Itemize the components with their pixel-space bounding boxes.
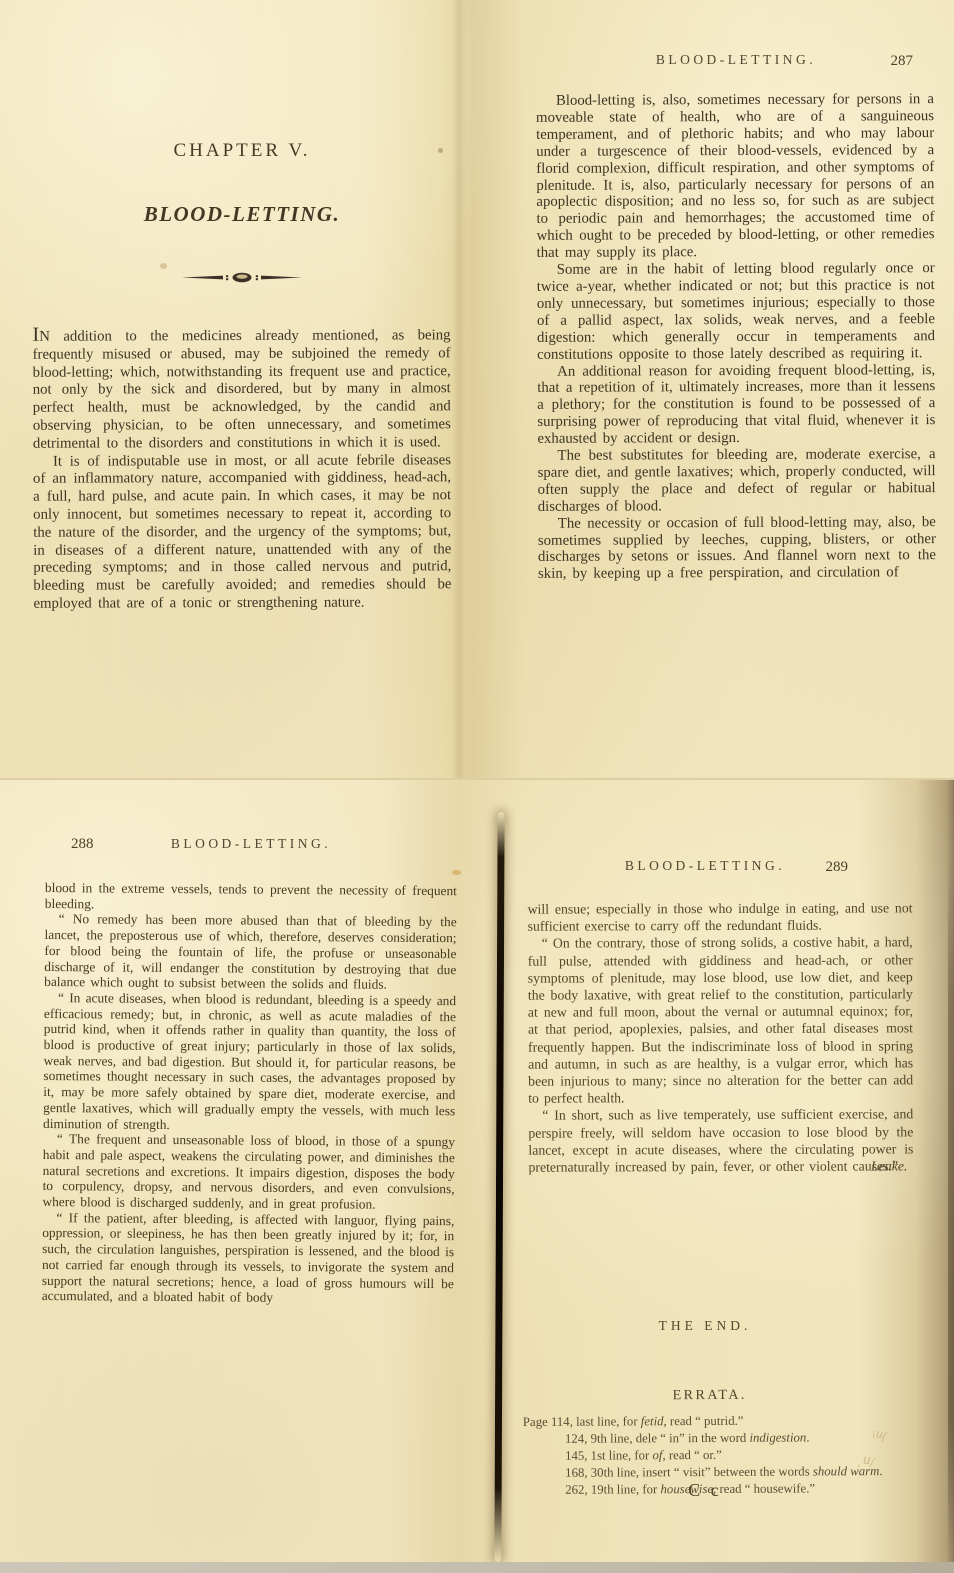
paragraph: Blood-letting is, also, sometimes necess…: [536, 91, 935, 262]
errata-item: 145, 1st line, for of, read “ or.”: [565, 1446, 915, 1465]
the-end-label: THE END.: [510, 1318, 900, 1334]
paragraph: “ In acute diseases, when blood is redun…: [43, 990, 456, 1135]
chapter-heading: CHAPTER V.: [33, 140, 451, 162]
paragraph: Some are in the habit of letting blood r…: [537, 260, 935, 363]
chapter-title: BLOOD-LETTING.: [33, 202, 451, 227]
errata-item: Page 114, last line, for fetid, read “ p…: [565, 1412, 915, 1431]
page-286-body: IN addition to the medicines already men…: [32, 323, 451, 613]
paragraph: “ On the contrary, those of strong solid…: [528, 934, 914, 1107]
page-289-header: BLOOD-LETTING. 289: [510, 858, 900, 878]
paragraph: The best substitutes for bleeding are, m…: [537, 446, 935, 515]
page-number: 289: [826, 859, 849, 876]
page-287-body: Blood-letting is, also, sometimes necess…: [536, 91, 936, 583]
running-head: BLOOD-LETTING.: [45, 836, 457, 852]
section-ornament-icon: [182, 271, 302, 284]
paragraph: “ In short, such as live temperately, us…: [528, 1106, 913, 1176]
errata-item: 168, 30th line, insert “ visit” between …: [565, 1463, 915, 1482]
page-edge-shadow: [948, 860, 954, 1560]
running-head: BLOOD-LETTING.: [537, 52, 935, 68]
scan-edge: [0, 1562, 954, 1573]
paragraph: “ No remedy has been more abused than th…: [44, 911, 457, 993]
page-chapter-start: CHAPTER V. BLOOD-LETTING. IN addition to…: [33, 140, 451, 613]
errata-heading: ERRATA.: [505, 1387, 915, 1405]
page-287-header: BLOOD-LETTING. 287: [537, 52, 935, 72]
paragraph: An additional reason for avoiding freque…: [537, 362, 935, 448]
paragraph: “ The frequent and unseasonable loss of …: [42, 1131, 455, 1213]
paragraph: blood in the extreme vessels, tends to p…: [45, 880, 457, 915]
signature-mark: C c: [510, 1480, 900, 1501]
page-289-body: will ensue; especially in those who indu…: [528, 899, 914, 1176]
book-scan: CHAPTER V. BLOOD-LETTING. IN addition to…: [0, 0, 954, 1573]
page-288-body: blood in the extreme vessels, tends to p…: [42, 880, 457, 1307]
paragraph: It is of indisputable use in most, or al…: [33, 452, 452, 614]
gutter-crease-shadow: [452, 0, 466, 778]
errata-item: 124, 9th line, dele “ in” in the word in…: [565, 1429, 915, 1448]
page-288-header: 288 BLOOD-LETTING.: [45, 836, 457, 856]
paragraph: IN addition to the medicines already men…: [32, 323, 450, 453]
spread-top: CHAPTER V. BLOOD-LETTING. IN addition to…: [0, 0, 954, 778]
paragraph: will ensue; especially in those who indu…: [528, 899, 913, 935]
page-number: 287: [891, 53, 914, 70]
paragraph: “ If the patient, after bleeding, is aff…: [42, 1210, 455, 1307]
paragraph: The necessity or occasion of full blood-…: [538, 514, 936, 583]
